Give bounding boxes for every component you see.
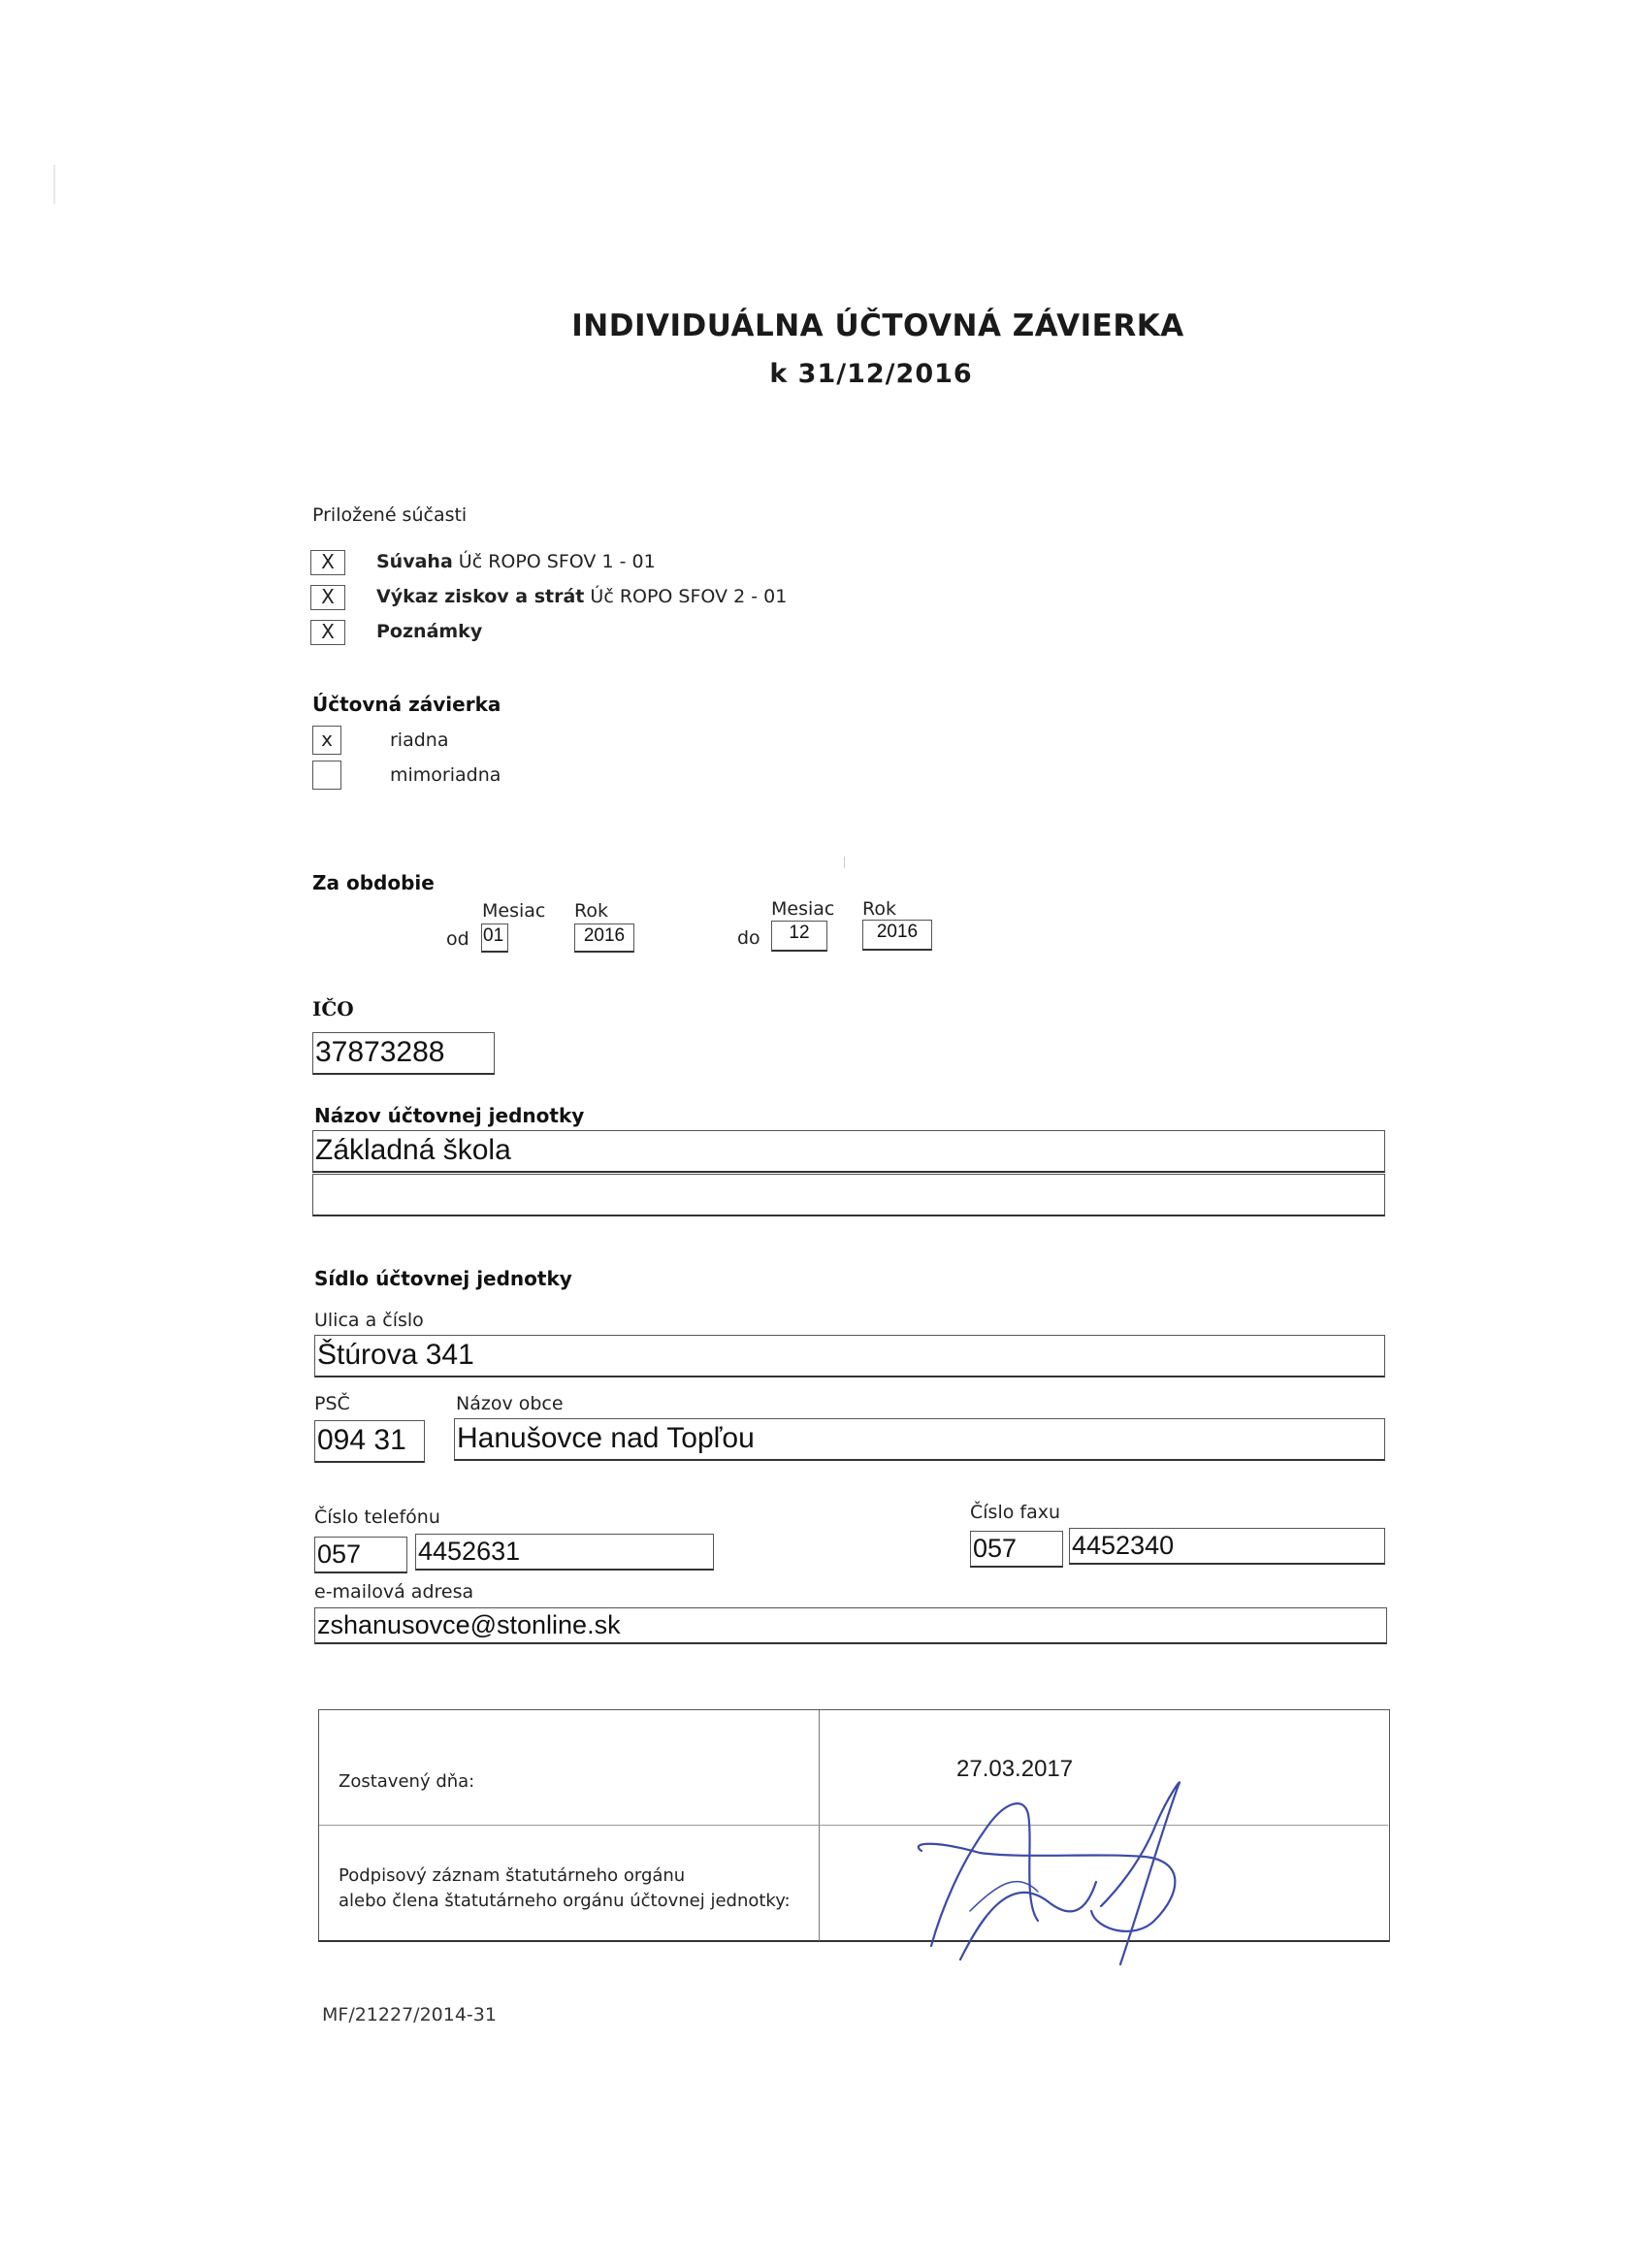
from-month-field[interactable]: 01 bbox=[481, 923, 508, 953]
phone-prefix-field[interactable]: 057 bbox=[314, 1537, 407, 1573]
statement-type-regular-checkbox[interactable]: x bbox=[312, 726, 341, 755]
ico-field[interactable]: 37873288 bbox=[312, 1032, 495, 1075]
signature-table-divider bbox=[819, 1710, 820, 1941]
to-year-field[interactable]: 2016 bbox=[862, 920, 932, 951]
scan-artifact bbox=[844, 857, 845, 868]
attachment-label-code: Úč ROPO SFOV 2 - 01 bbox=[584, 586, 787, 607]
to-label: do bbox=[737, 927, 760, 949]
document-title: INDIVIDUÁLNA ÚČTOVNÁ ZÁVIERKA bbox=[0, 308, 1649, 343]
zip-field[interactable]: 094 31 bbox=[314, 1420, 425, 1463]
date-label: Zostavený dňa: bbox=[339, 1771, 474, 1792]
to-month-field[interactable]: 12 bbox=[771, 921, 827, 952]
document-date: k 31/12/2016 bbox=[0, 359, 1649, 389]
statement-type-regular-label: riadna bbox=[390, 729, 448, 751]
scan-artifact bbox=[53, 165, 55, 204]
attachment-label-code: Úč ROPO SFOV 1 - 01 bbox=[453, 551, 656, 572]
signature-label-line2: alebo člena štatutárneho orgánu účtovnej… bbox=[339, 1891, 791, 1911]
attachments-heading: Priložené súčasti bbox=[312, 504, 467, 526]
ico-label: IČO bbox=[312, 997, 354, 1021]
from-year-field[interactable]: 2016 bbox=[574, 923, 634, 953]
form-code: MF/21227/2014-31 bbox=[322, 2004, 497, 2025]
statement-type-extraordinary-checkbox[interactable] bbox=[312, 761, 341, 790]
entity-name-line1-field[interactable]: Základná škola bbox=[312, 1130, 1385, 1173]
attachment-label-bold: Poznámky bbox=[376, 621, 482, 642]
attachment-label-bold: Výkaz ziskov a strát bbox=[376, 586, 584, 607]
fax-label: Číslo faxu bbox=[970, 1502, 1060, 1523]
statement-type-heading: Účtovná závierka bbox=[312, 693, 501, 716]
city-label: Názov obce bbox=[456, 1393, 564, 1414]
phone-number-field[interactable]: 4452631 bbox=[415, 1534, 714, 1571]
fax-number-field[interactable]: 4452340 bbox=[1069, 1528, 1385, 1565]
street-field[interactable]: Štúrova 341 bbox=[314, 1335, 1385, 1377]
attachment-checkbox[interactable]: X bbox=[310, 620, 345, 645]
fax-prefix-field[interactable]: 057 bbox=[970, 1531, 1063, 1568]
period-heading: Za obdobie bbox=[312, 871, 435, 894]
attachment-label: Súvaha Úč ROPO SFOV 1 - 01 bbox=[376, 551, 656, 572]
from-label: od bbox=[446, 928, 469, 950]
email-label: e-mailová adresa bbox=[314, 1581, 473, 1603]
attachment-checkbox[interactable]: X bbox=[310, 585, 345, 610]
from-year-label: Rok bbox=[574, 900, 608, 922]
from-month-label: Mesiac bbox=[482, 900, 545, 922]
to-year-label: Rok bbox=[862, 898, 896, 920]
to-month-label: Mesiac bbox=[771, 898, 834, 920]
zip-label: PSČ bbox=[314, 1393, 350, 1414]
statement-type-extraordinary-label: mimoriadna bbox=[390, 764, 501, 786]
street-label: Ulica a číslo bbox=[314, 1310, 424, 1331]
attachment-label-bold: Súvaha bbox=[376, 551, 453, 572]
attachment-checkbox[interactable]: X bbox=[310, 550, 345, 575]
email-field[interactable]: zshanusovce@stonline.sk bbox=[314, 1607, 1387, 1644]
address-heading: Sídlo účtovnej jednotky bbox=[314, 1267, 572, 1290]
phone-label: Číslo telefónu bbox=[314, 1507, 440, 1528]
city-field[interactable]: Hanušovce nad Topľou bbox=[454, 1418, 1385, 1461]
entity-name-line2-field[interactable] bbox=[312, 1174, 1385, 1216]
signature-label-line1: Podpisový záznam štatutárneho orgánu bbox=[339, 1865, 685, 1886]
attachment-label: Poznámky bbox=[376, 621, 482, 642]
entity-name-label: Názov účtovnej jednotky bbox=[314, 1104, 584, 1127]
attachment-label: Výkaz ziskov a strát Úč ROPO SFOV 2 - 01 bbox=[376, 586, 787, 607]
handwritten-signature-icon bbox=[902, 1766, 1251, 1979]
